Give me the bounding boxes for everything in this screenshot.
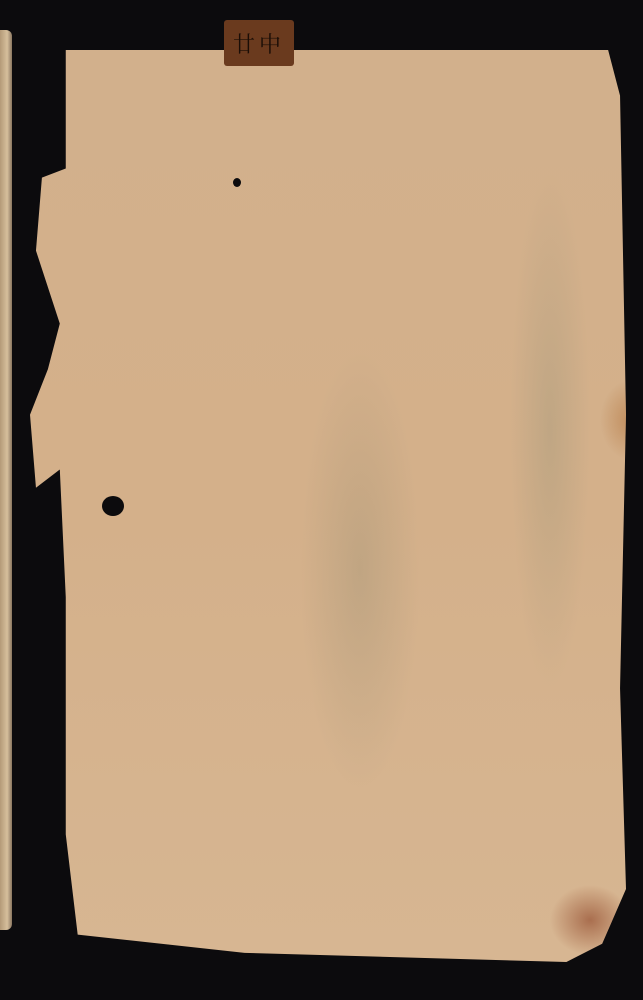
label-tab-text: 廿中 (233, 28, 285, 59)
adjacent-page-edge (0, 30, 12, 930)
paper-page (30, 50, 626, 962)
worm-hole (102, 496, 124, 516)
worm-hole (233, 178, 241, 187)
label-tab: 廿中 (224, 20, 294, 66)
